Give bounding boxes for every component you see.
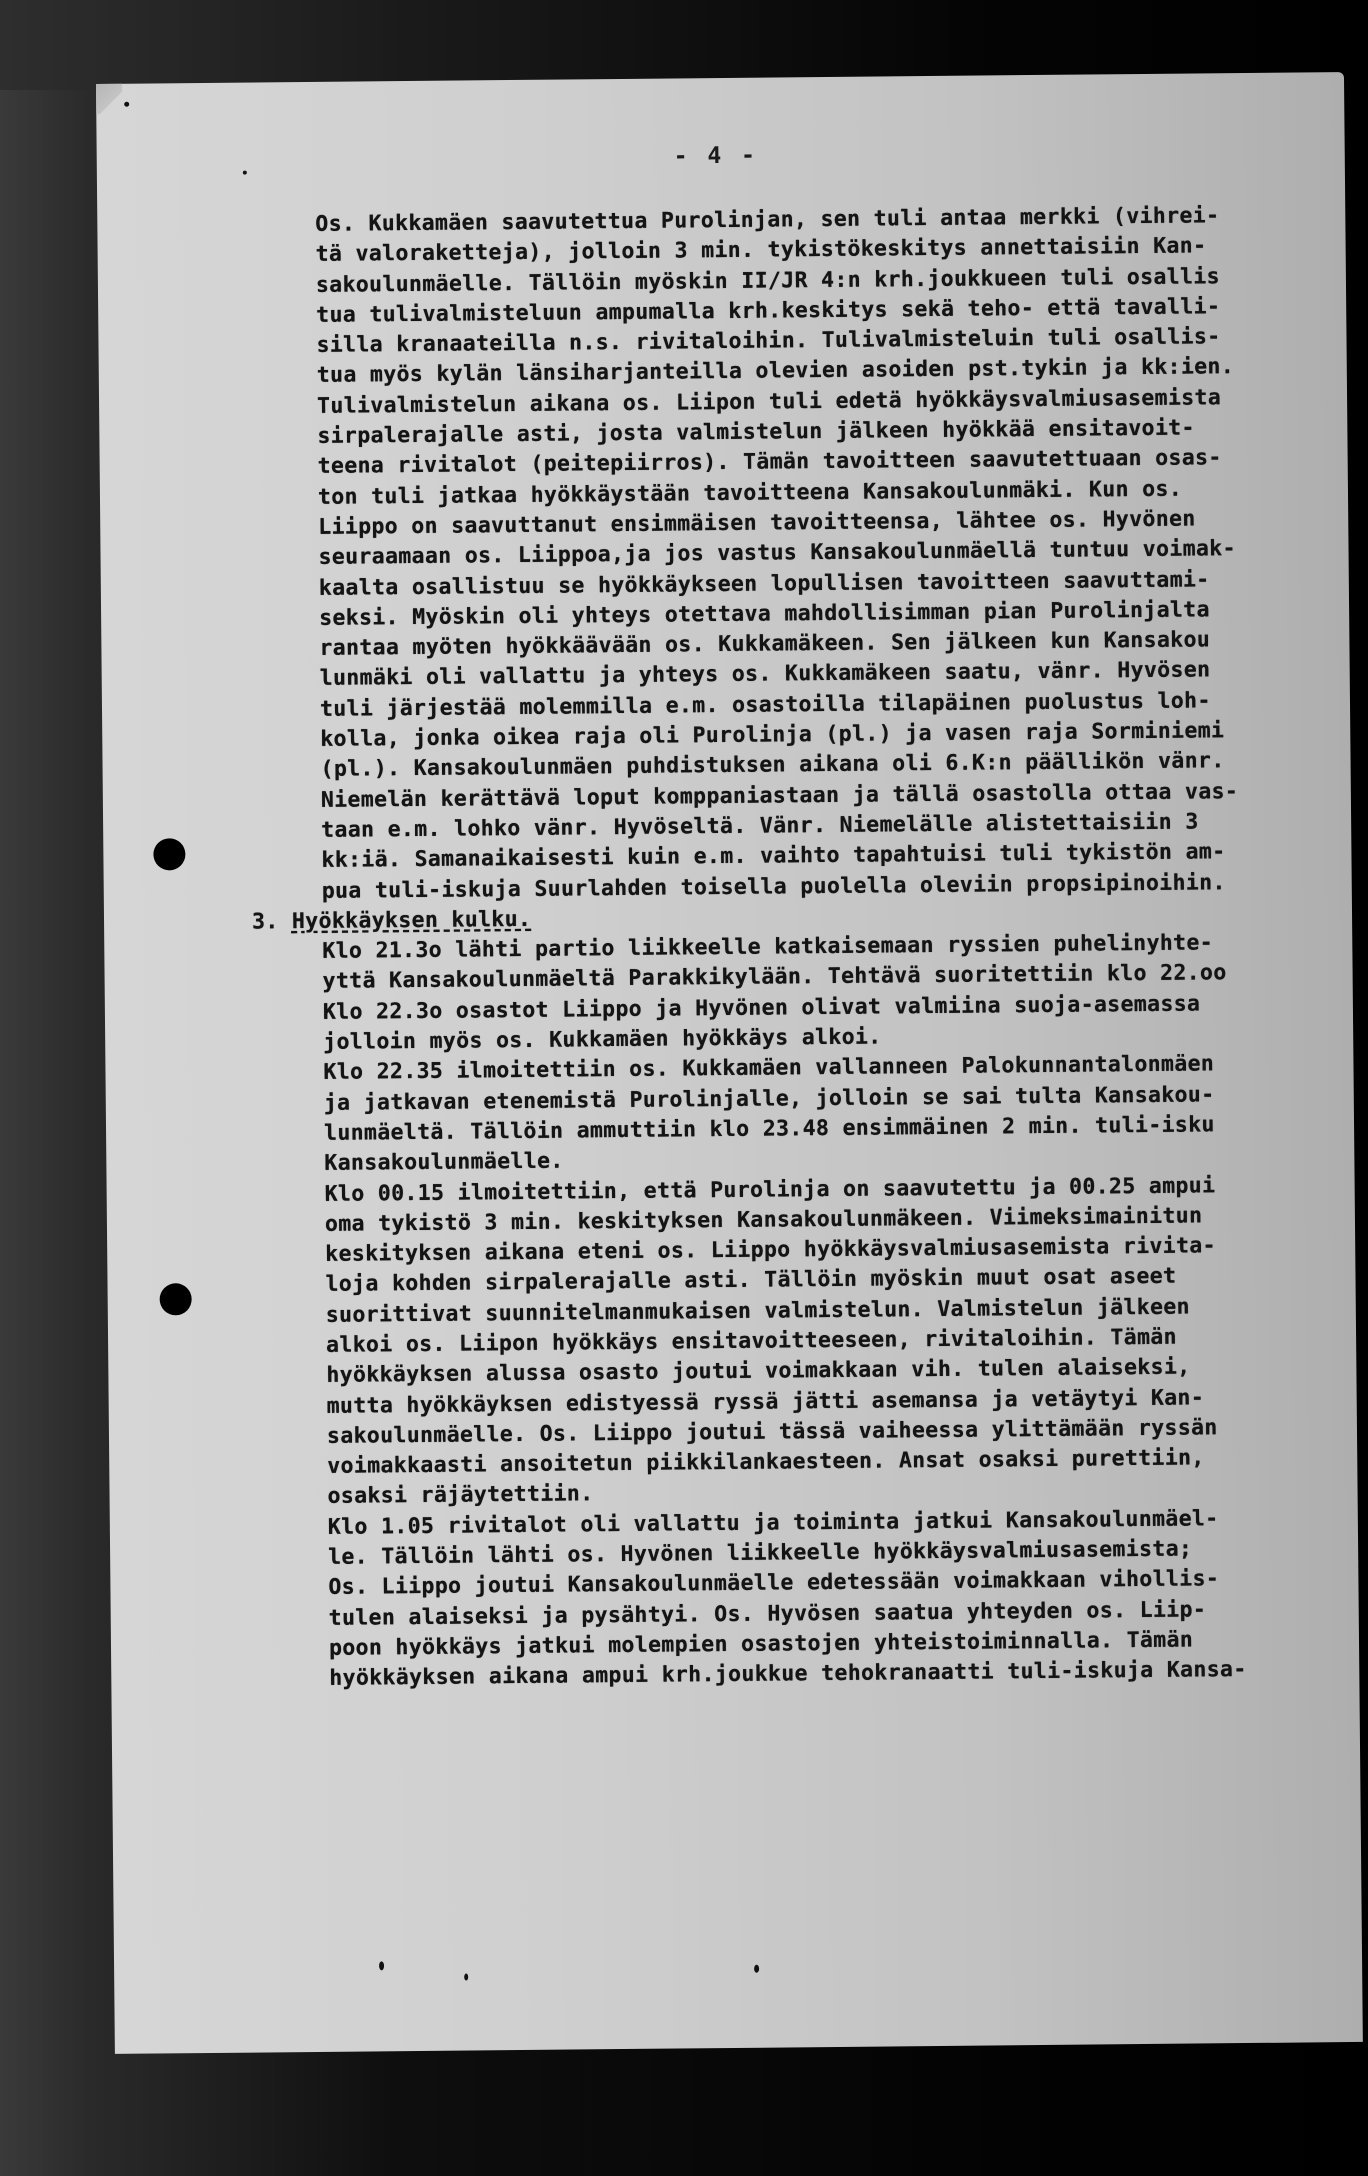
section-attack-progress: Klo 21.3o lähti partio liikkeelle katkai… (322, 927, 1339, 1694)
scan-speck (243, 171, 247, 175)
section-title: Hyökkäyksen kulku. (292, 907, 532, 934)
paragraph-intro: Os. Kukkamäen saavutettua Purolinjan, se… (315, 200, 1332, 906)
scan-speck (124, 102, 129, 107)
typewritten-page: - 4 - Os. Kukkamäen saavutettua Purolinj… (96, 72, 1363, 2054)
punch-hole (160, 1283, 192, 1315)
page-number: - 4 - (674, 143, 758, 170)
section-number: 3. (252, 909, 279, 934)
document-body: Os. Kukkamäen saavutettua Purolinjan, se… (315, 200, 1339, 1694)
scan-speck (379, 1961, 384, 1970)
scan-speck (464, 1974, 468, 1981)
scan-speck (754, 1965, 759, 1973)
punch-hole (153, 838, 185, 870)
